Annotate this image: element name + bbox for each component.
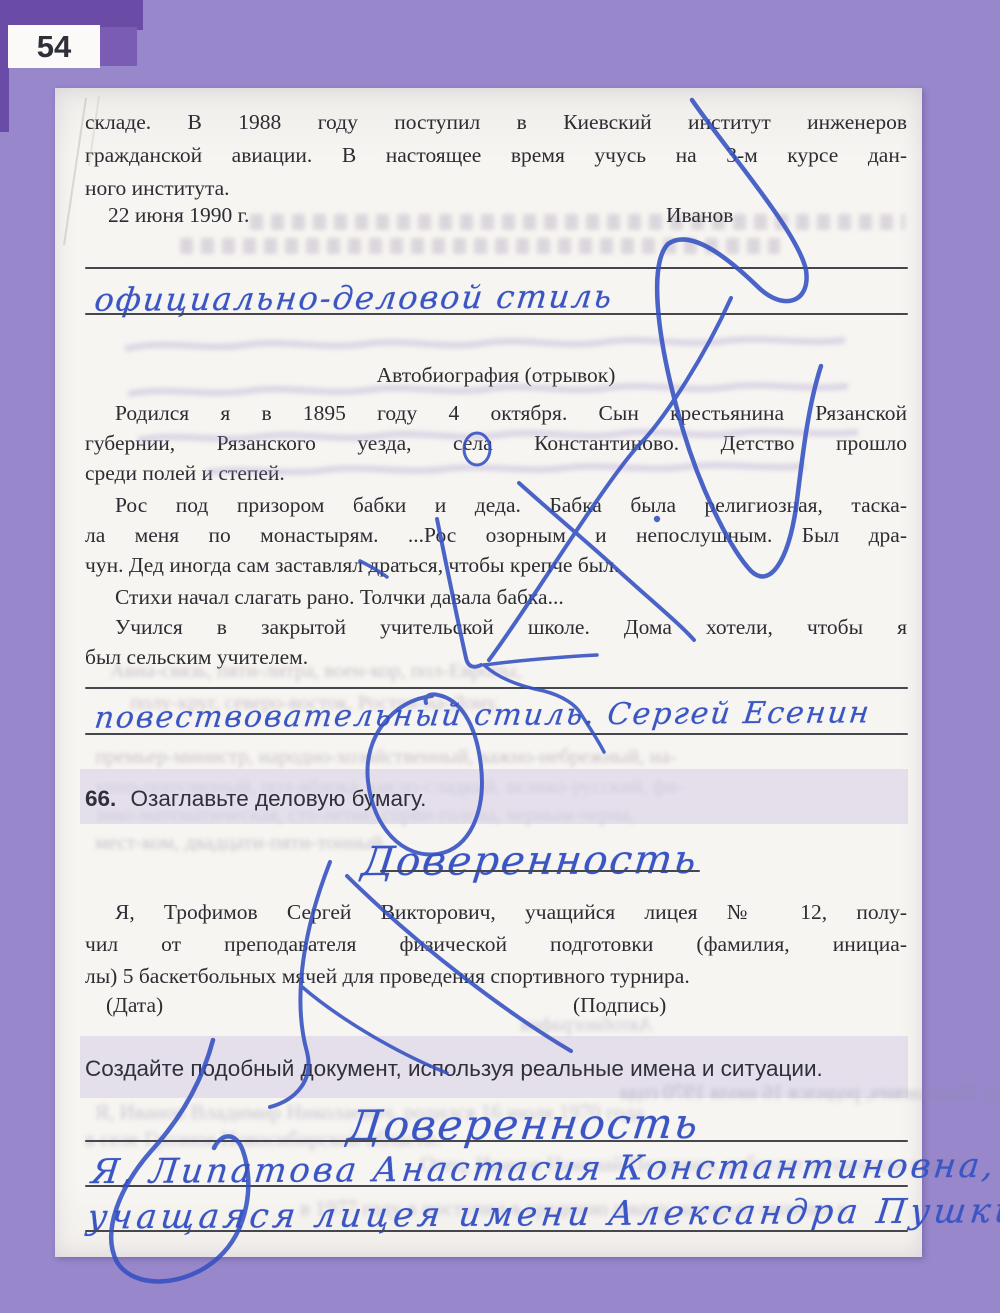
sample-closing-line: гражданской авиации. В настоящее время у…	[85, 139, 907, 172]
sample-closing-line: складе. В 1988 году поступил в Киевский …	[85, 106, 907, 139]
scanned-workbook-page: 54 складе. В 1988 году поступил в Киевск…	[0, 0, 1000, 1313]
sample-date: 22 июня 1990 г.	[108, 200, 249, 230]
excerpt-line: Стихи начал слагать рано. Толчки давала …	[85, 582, 907, 612]
bleed-through-text: мест-ком, двадцати-пяти-тонный.	[95, 832, 388, 855]
bleed-through-text: премьер-министр, народно-хозяйственный, …	[95, 746, 676, 769]
bleed-through-smudge	[250, 214, 905, 230]
bleed-through-smudge	[180, 238, 780, 254]
bleed-through-mirrored-heading: Автобиография	[520, 1014, 653, 1037]
excerpt-line: Учился в закрытой учительской школе. Дом…	[85, 612, 907, 642]
exercise-66-line: 66. Озаглавьте деловую бумагу.	[85, 786, 426, 812]
handwritten-doc-title-1: Доверенность	[359, 837, 700, 885]
ruled-line	[85, 1185, 908, 1187]
date-label: (Дата)	[106, 990, 163, 1020]
handwritten-style-label-2: повествовательный стиль. Сергей Есенин	[93, 695, 873, 735]
page-number-box: 54	[8, 25, 100, 68]
ruled-line	[85, 313, 908, 315]
excerpt-line: чун. Дед иногда сам заставлял драться, ч…	[85, 550, 907, 580]
excerpt-line: ла меня по монастырям. ...Рос озорным и …	[85, 520, 907, 550]
sample-signature: Иванов	[666, 200, 733, 230]
task-create-text: Создайте подобный документ, используя ре…	[85, 1056, 823, 1082]
excerpt-line: Рос под призором бабки и деда. Бабка был…	[85, 490, 907, 520]
bleed-through-text: Авиа-связь, пяти-литра, воен-кор, пол-Ев…	[110, 660, 521, 683]
proxy-doc-line: лы) 5 баскетбольных мячей для проведения…	[85, 960, 907, 992]
page-number-square	[100, 27, 137, 66]
exercise-number: 66.	[85, 786, 116, 811]
title-underline	[380, 870, 700, 872]
ruled-line	[85, 1230, 908, 1232]
page-number: 54	[37, 29, 71, 65]
exercise-task: Озаглавьте деловую бумагу.	[131, 786, 427, 811]
proxy-doc-line: чил от преподавателя физической подготов…	[85, 928, 907, 960]
excerpt-line: среди полей и степей.	[85, 458, 907, 488]
ruled-line	[85, 687, 908, 689]
ruled-line	[85, 267, 908, 269]
ruled-line	[85, 733, 908, 735]
ruled-line	[85, 1140, 908, 1142]
proxy-doc-line: Я, Трофимов Сергей Викторович, учащийся …	[85, 896, 907, 928]
excerpt-heading: Автобиография (отрывок)	[85, 360, 907, 390]
excerpt-line: Родился я в 1895 году 4 октября. Сын кре…	[85, 398, 907, 428]
handwritten-doc-title-2: Доверенность	[345, 1099, 702, 1150]
excerpt-line: губернии, Рязанского уезда, села Констан…	[85, 428, 907, 458]
